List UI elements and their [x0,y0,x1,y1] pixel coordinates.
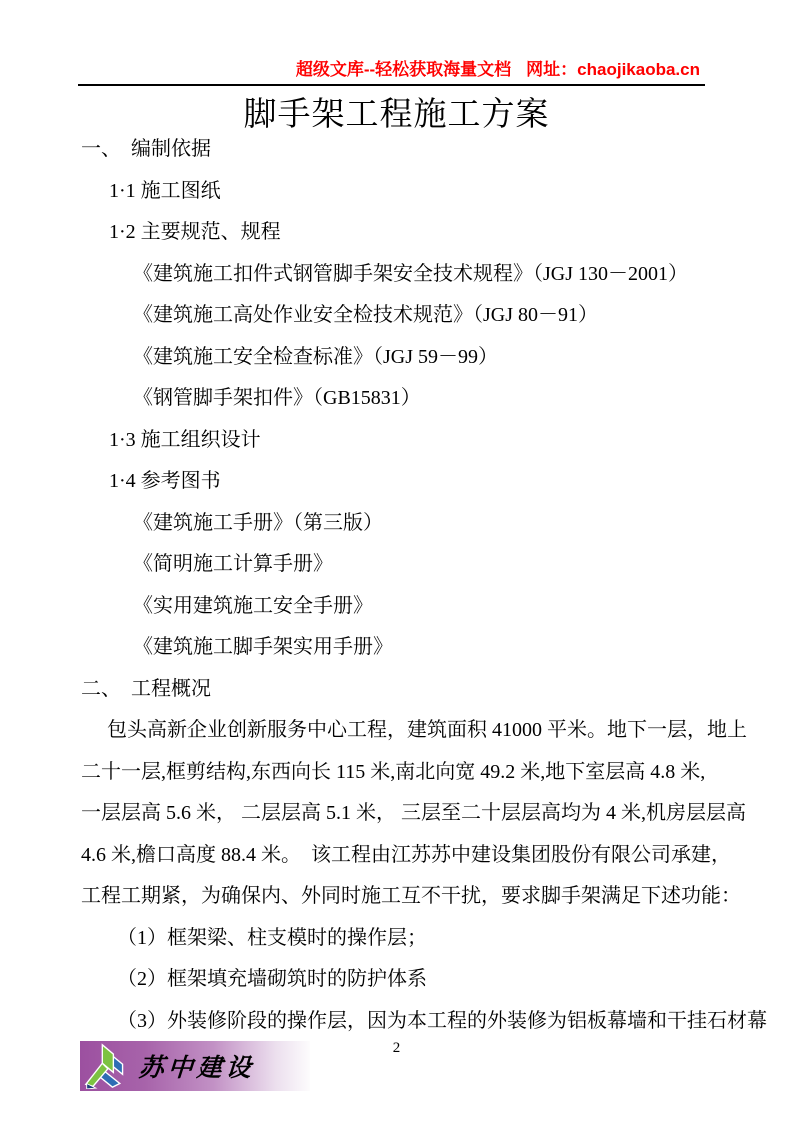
reference-line: 《简明施工计算手册》 [133,553,713,595]
section-heading-1: 一、 编制依据 [81,138,713,180]
suzhong-logo-icon [83,1043,129,1089]
company-logo-banner: 苏中建设 [80,1041,310,1091]
paragraph-line: 4.6 米,檐口高度 88.4 米。 该工程由江苏苏中建设集团股份有限公司承建， [81,844,713,886]
reference-line: 《钢管脚手架扣件》（GB15831） [133,387,713,429]
reference-line: 《建筑施工脚手架实用手册》 [133,636,713,678]
reference-line: 《实用建筑施工安全手册》 [133,595,713,637]
paragraph-line: 二十一层,框剪结构,东西向长 115 米,南北向宽 49.2 米,地下室层高 4… [81,761,713,803]
reference-line: 《建筑施工手册》（第三版） [133,512,713,554]
paragraph-line: 一层层高 5.6 米， 二层层高 5.1 米， 三层至二十层层高均为 4 米,机… [81,802,713,844]
subsection-1-1: 1·1 施工图纸 [109,180,713,222]
reference-line: 《建筑施工安全检查标准》（JGJ 59－99） [133,346,713,388]
document-title: 脚手架工程施工方案 [0,88,793,135]
promo-header: 超级文库--轻松获取海量文档 网址：chaojikaoba.cn [0,55,700,80]
site-label: 网址： [526,55,577,80]
numbered-item-1: （1）框架梁、柱支模时的操作层； [117,927,713,969]
paragraph-line: 包头高新企业创新服务中心工程，建筑面积 41000 平米。地下一层，地上 [107,719,713,761]
subsection-1-4: 1·4 参考图书 [109,470,713,512]
promo-text: 超级文库--轻松获取海量文档 [296,55,511,80]
header-divider [78,84,705,86]
reference-line: 《建筑施工扣件式钢管脚手架安全技术规程》（JGJ 130－2001） [133,263,713,305]
site-url-link[interactable]: chaojikaoba.cn [577,60,700,80]
document-body: 一、 编制依据 1·1 施工图纸 1·2 主要规范、规程 《建筑施工扣件式钢管脚… [81,138,713,1051]
section-heading-2: 二、 工程概况 [81,678,713,720]
subsection-1-3: 1·3 施工组织设计 [109,429,713,471]
company-logo-text: 苏中建设 [138,1048,257,1084]
numbered-item-2: （2）框架填充墙砌筑时的防护体系 [117,968,713,1010]
document-page: 超级文库--轻松获取海量文档 网址：chaojikaoba.cn 脚手架工程施工… [0,0,793,1122]
reference-line: 《建筑施工高处作业安全检技术规范》（JGJ 80－91） [133,304,713,346]
subsection-1-2: 1·2 主要规范、规程 [109,221,713,263]
paragraph-line: 工程工期紧，为确保内、外同时施工互不干扰，要求脚手架满足下述功能： [81,885,713,927]
